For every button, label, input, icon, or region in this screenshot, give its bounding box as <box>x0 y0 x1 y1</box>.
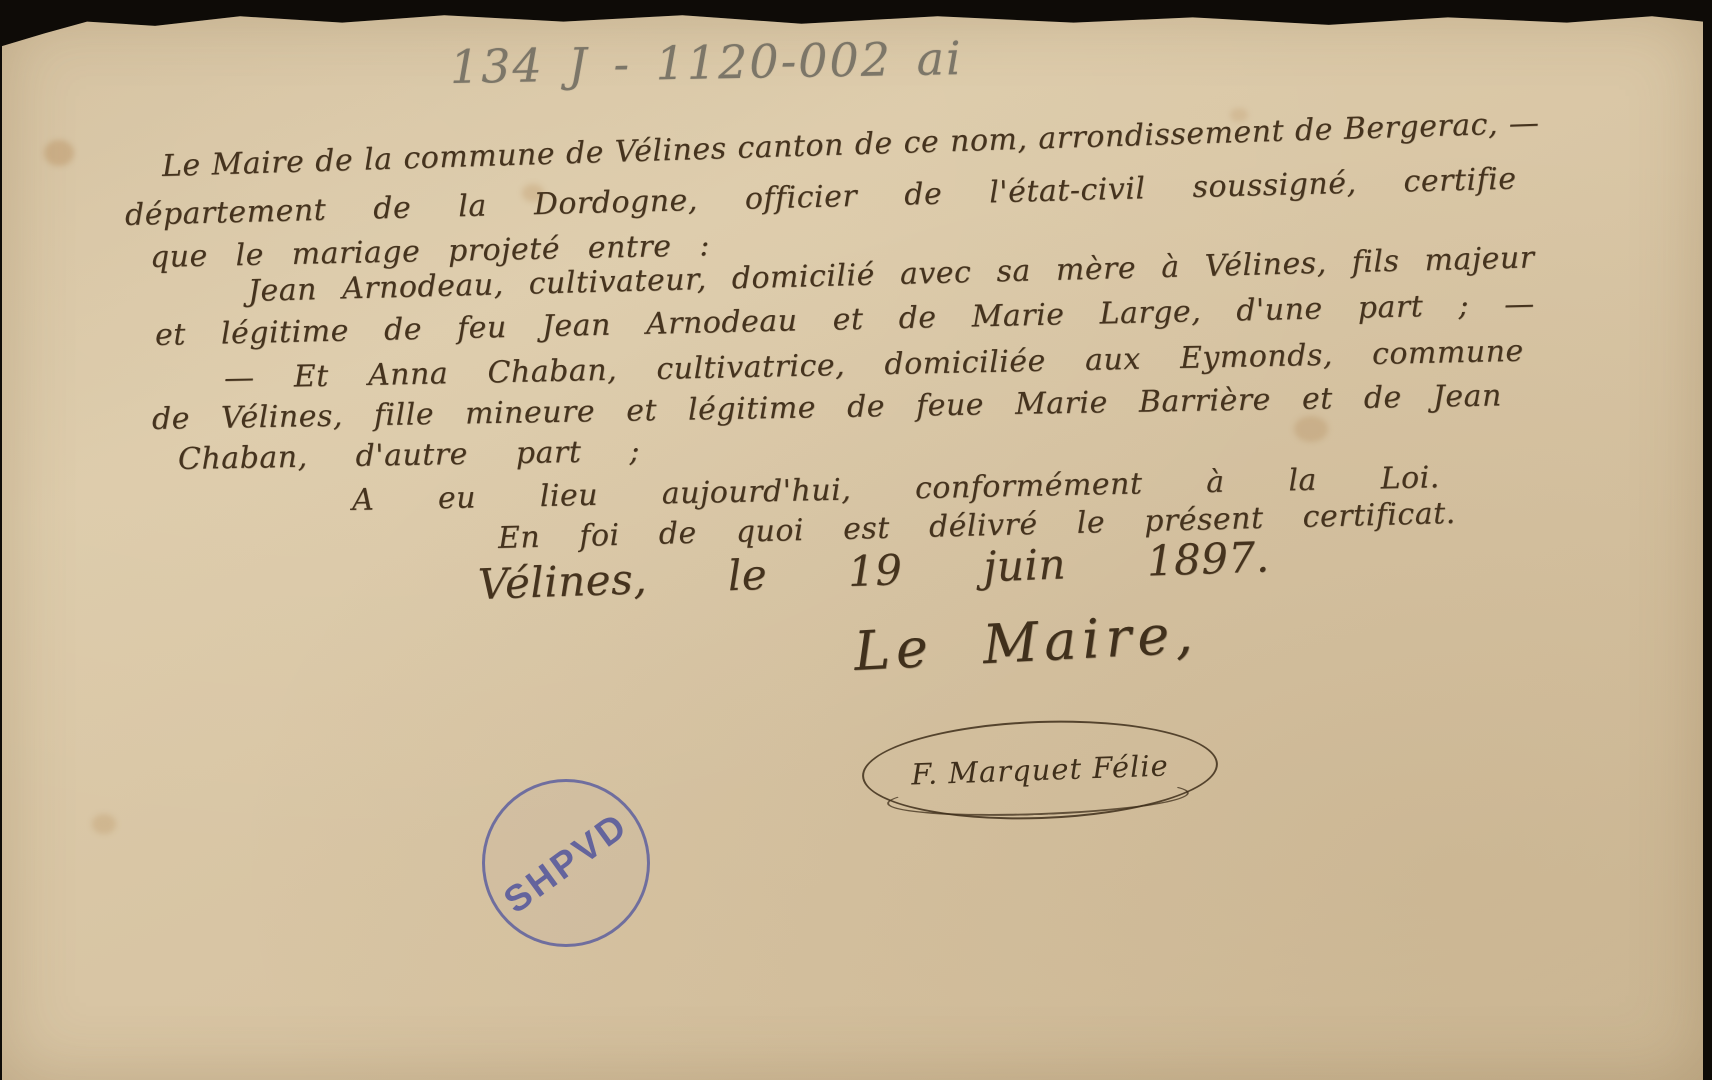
stamp-text: SHPVD <box>496 804 636 922</box>
paper-stain <box>92 814 116 834</box>
paper: 134 J - 1120-002 ai Le Maire de la commu… <box>2 12 1703 1080</box>
paper-stain <box>44 140 74 166</box>
scan-background: { "annotations": { "pencil_reference": "… <box>0 0 1712 1080</box>
signature-text: F. Marquet Félie <box>860 715 1219 825</box>
shpvd-stamp: SHPVD <box>482 779 650 947</box>
closing-le-maire: Le Maire, <box>852 602 1200 683</box>
certificate-line-8: Chaban, d'autre part ; <box>178 434 641 477</box>
mayor-signature: F. Marquet Félie <box>860 715 1219 825</box>
paper-stain <box>1294 416 1328 442</box>
pencil-reference: 134 J - 1120-002 ai <box>450 30 1051 94</box>
